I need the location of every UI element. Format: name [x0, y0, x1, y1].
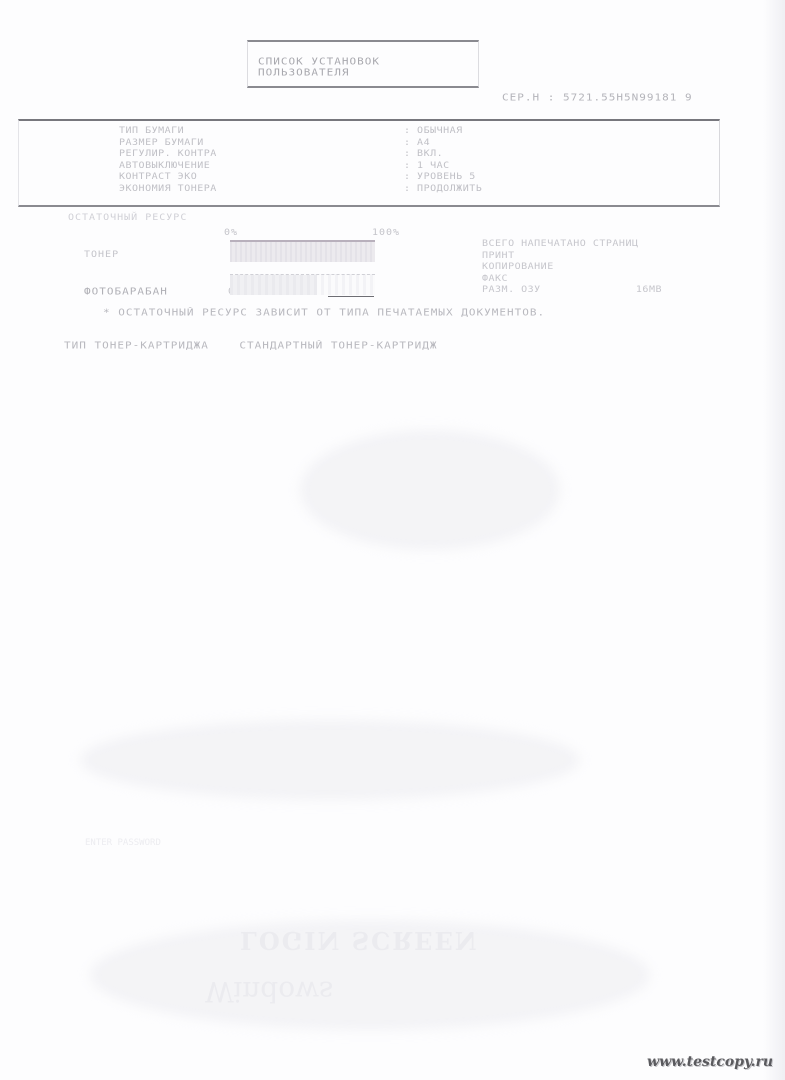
bleed-through-heading: LOGIN SCREEN [240, 926, 479, 955]
setting-label: ЭКОНОМИЯ ТОНЕРА [119, 184, 217, 194]
total-row: КОПИРОВАНИЕ [482, 262, 662, 272]
watermark: www.testcopy.ru [647, 1054, 773, 1070]
scale-end: 100% [372, 228, 400, 237]
total-row: ФАКС [482, 274, 662, 284]
toner-type-value: СТАНДАРТНЫЙ ТОНЕР-КАРТРИДЖ [239, 340, 437, 351]
page-title-box: СПИСОК УСТАНОВОК ПОЛЬЗОВАТЕЛЯ [247, 40, 479, 88]
scan-edge-shadow [763, 0, 785, 1080]
footnote: * ОСТАТОЧНЫЙ РЕСУРС ЗАВИСИТ ОТ ТИПА ПЕЧА… [103, 307, 545, 318]
toner-level-bar [230, 240, 375, 262]
page-title: СПИСОК УСТАНОВОК ПОЛЬЗОВАТЕЛЯ [258, 56, 478, 78]
setting-value: : ОБЫЧНАЯ [404, 126, 482, 136]
setting-label: АВТОВЫКЛЮЧЕНИЕ [119, 161, 217, 171]
drum-level-bar [230, 274, 375, 295]
setting-value: : ПРОДОЛЖИТЬ [404, 184, 482, 194]
total-row: ВСЕГО НАПЕЧАТАНО СТРАНИЦ [482, 239, 662, 249]
remaining-resource-header: ОСТАТОЧНЫЙ РЕСУРС [68, 213, 187, 222]
settings-labels: ТИП БУМАГИ РАЗМЕР БУМАГИ РЕГУЛИР. КОНТРА… [119, 126, 217, 195]
toner-type-label: ТИП ТОНЕР-КАРТРИДЖА [64, 340, 209, 351]
toner-level-fill [230, 242, 375, 262]
setting-value: : A4 [404, 138, 482, 148]
drum-label: ФОТОБАРАБАН [84, 286, 168, 297]
settings-table: ТИП БУМАГИ РАЗМЕР БУМАГИ РЕГУЛИР. КОНТРА… [18, 119, 720, 207]
total-row: РАЗМ. ОЗУ16MB [482, 285, 662, 295]
totals-list: ВСЕГО НАПЕЧАТАНО СТРАНИЦ ПРИНТ КОПИРОВАН… [482, 239, 662, 297]
toner-type-row: ТИП ТОНЕР-КАРТРИДЖА СТАНДАРТНЫЙ ТОНЕР-КА… [64, 340, 438, 351]
bleed-through-logo: Windows [205, 975, 333, 1008]
setting-value: : 1 ЧАС [404, 161, 482, 171]
bleed-through-line: ENTER PASSWORD [85, 838, 161, 848]
setting-label: КОНТРАСТ ЭКО [119, 172, 217, 182]
scale-start: 0% [224, 228, 238, 237]
drum-bar-baseline [328, 296, 374, 297]
total-row: ПРИНТ [482, 251, 662, 261]
setting-value: : УРОВЕНЬ 5 [404, 172, 482, 182]
drum-level-fill [230, 275, 317, 295]
settings-values: : ОБЫЧНАЯ : A4 : ВКЛ. : 1 ЧАС : УРОВЕНЬ … [404, 126, 482, 195]
setting-label: ТИП БУМАГИ [119, 126, 217, 136]
serial-number: СЕР.Н : 5721.55H5N99181 9 [502, 92, 693, 103]
toner-label: ТОНЕР [84, 250, 119, 259]
setting-label: РЕГУЛИР. КОНТРА [119, 149, 217, 159]
setting-label: РАЗМЕР БУМАГИ [119, 138, 217, 148]
setting-value: : ВКЛ. [404, 149, 482, 159]
